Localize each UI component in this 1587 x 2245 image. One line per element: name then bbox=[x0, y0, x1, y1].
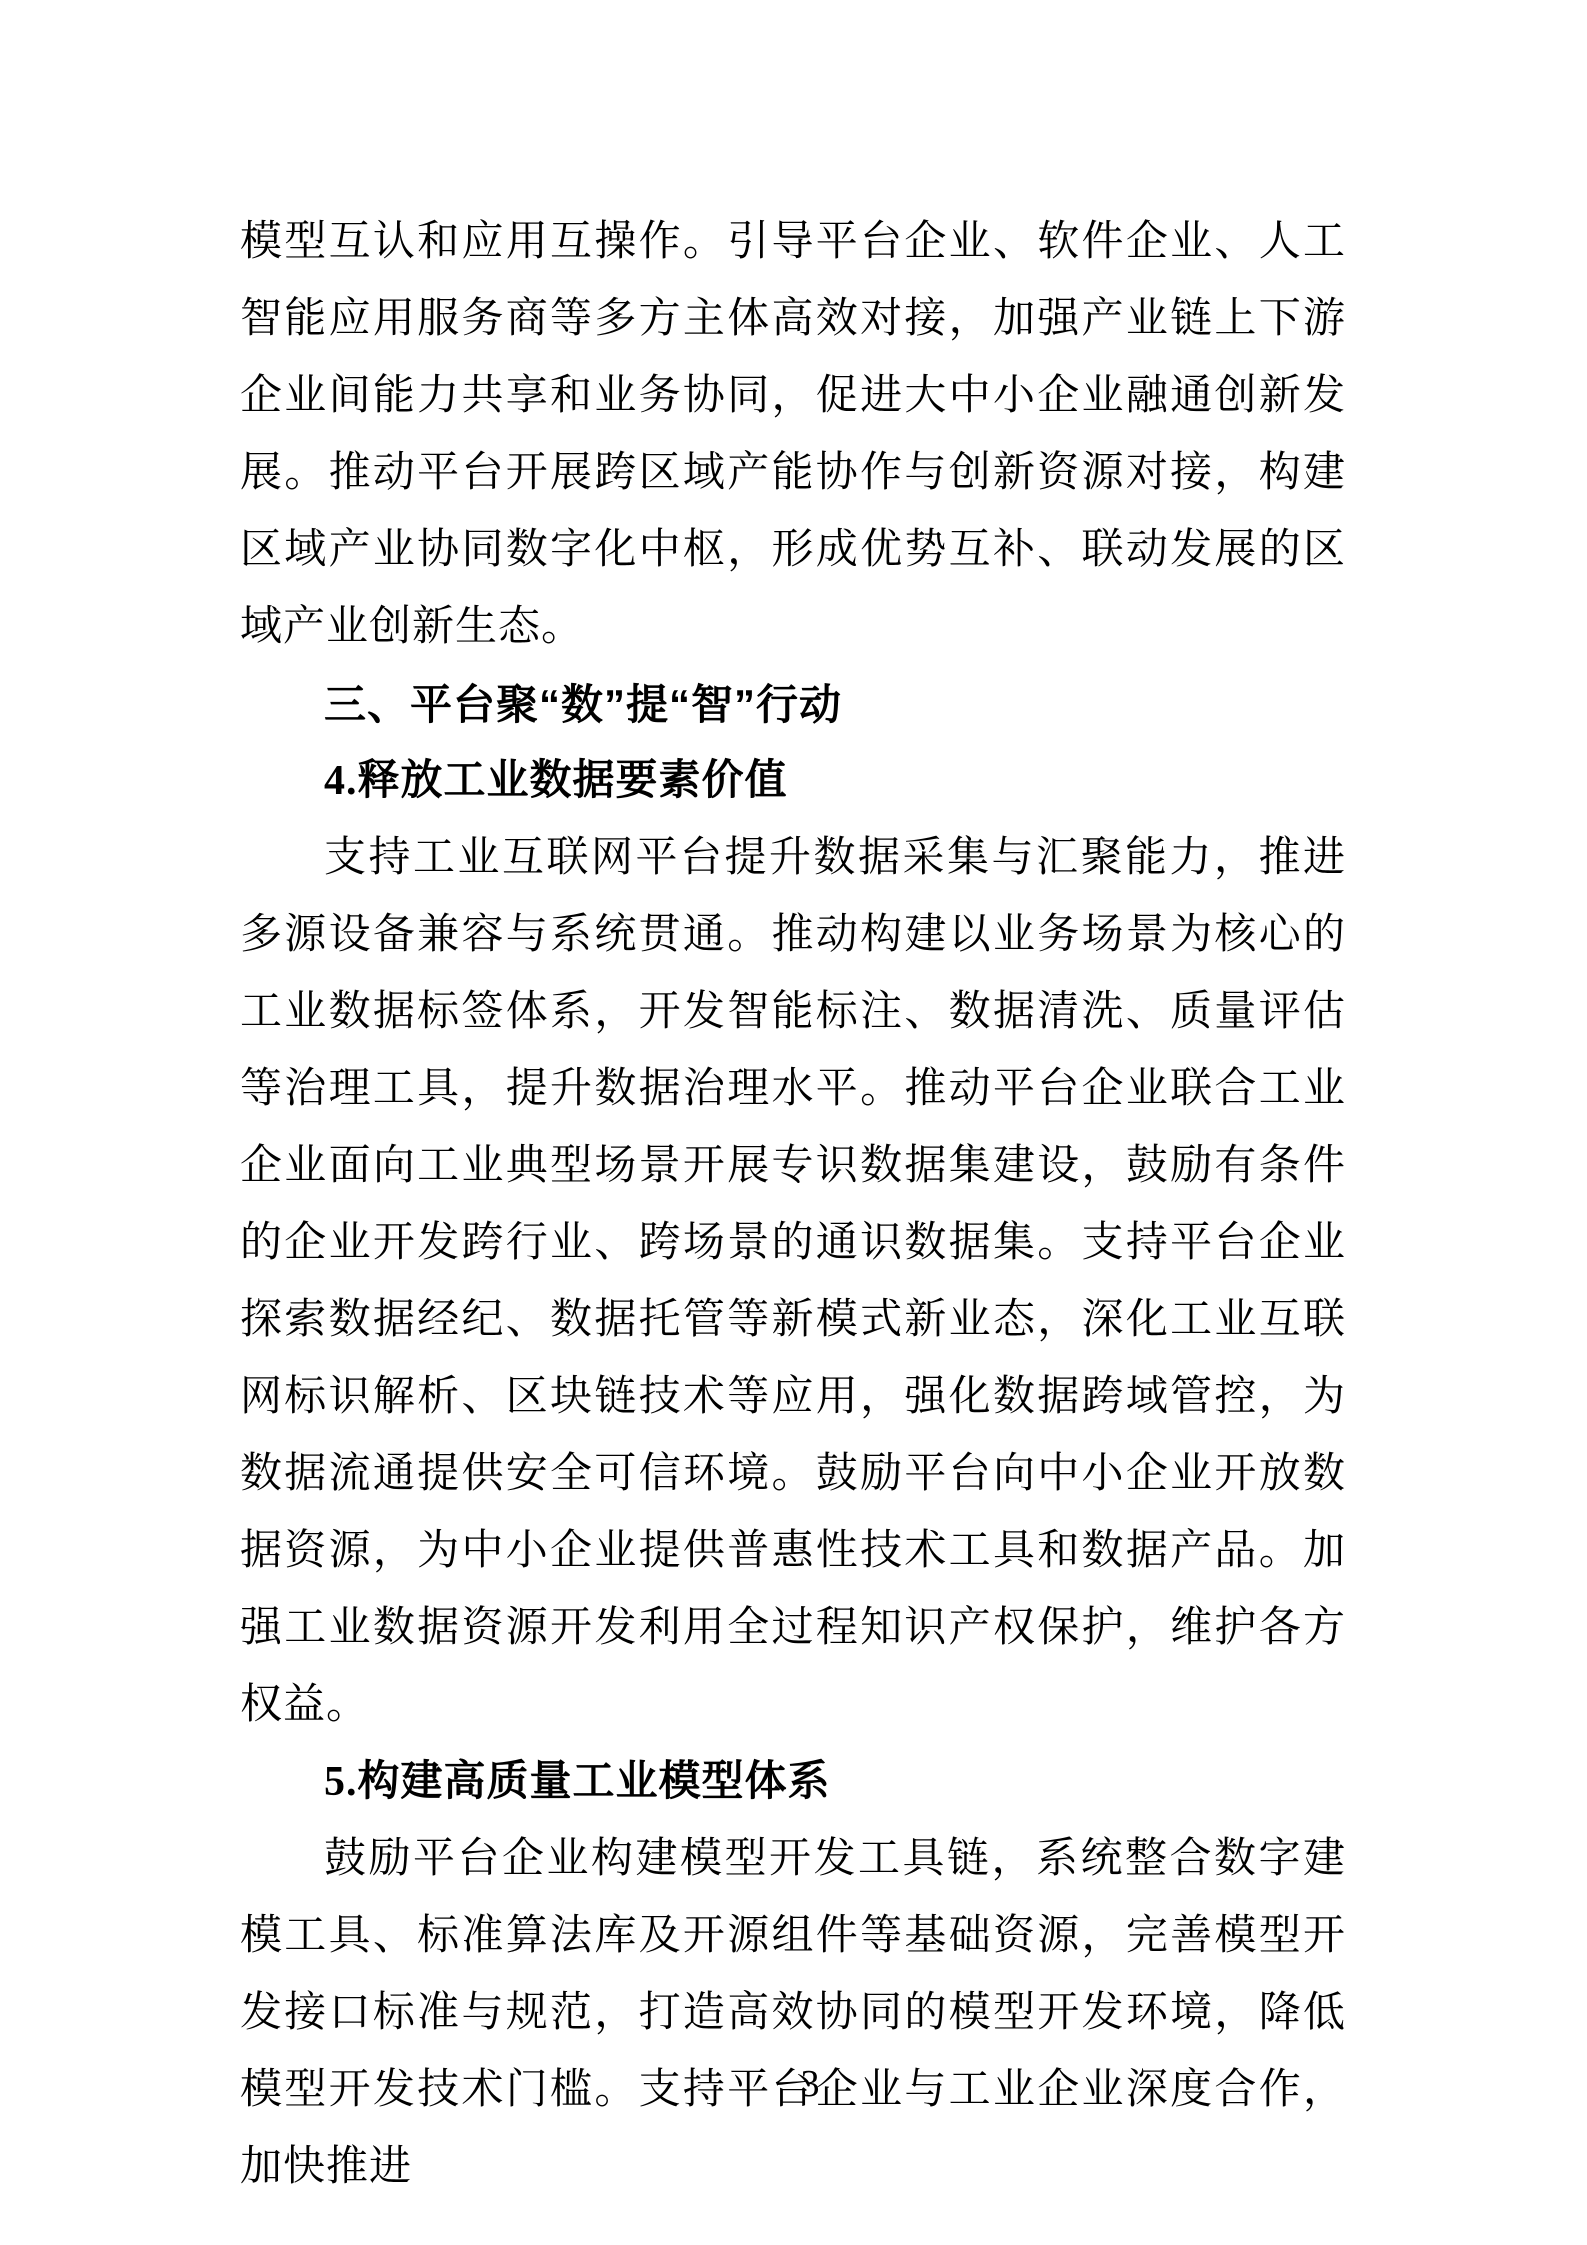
paragraph-subsection-4: 支持工业互联网平台提升数据采集与汇聚能力，推进多源设备兼容与系统贯通。推动构建以… bbox=[240, 820, 1346, 1744]
document-page: 模型互认和应用互操作。引导平台企业、软件企业、人工智能应用服务商等多方主体高效对… bbox=[0, 0, 1587, 2245]
section-heading-3: 三、平台聚“数”提“智”行动 bbox=[240, 666, 1346, 743]
page-number: 3 bbox=[240, 2062, 1380, 2106]
subsection-heading-4: 4.释放工业数据要素价值 bbox=[240, 743, 1346, 820]
paragraph-subsection-5: 鼓励平台企业构建模型开发工具链，系统整合数字建模工具、标准算法库及开源组件等基础… bbox=[240, 1821, 1346, 2206]
subsection-heading-5: 5.构建高质量工业模型体系 bbox=[240, 1744, 1346, 1821]
document-body: 模型互认和应用互操作。引导平台企业、软件企业、人工智能应用服务商等多方主体高效对… bbox=[240, 204, 1346, 2206]
paragraph-continuation: 模型互认和应用互操作。引导平台企业、软件企业、人工智能应用服务商等多方主体高效对… bbox=[240, 204, 1346, 666]
